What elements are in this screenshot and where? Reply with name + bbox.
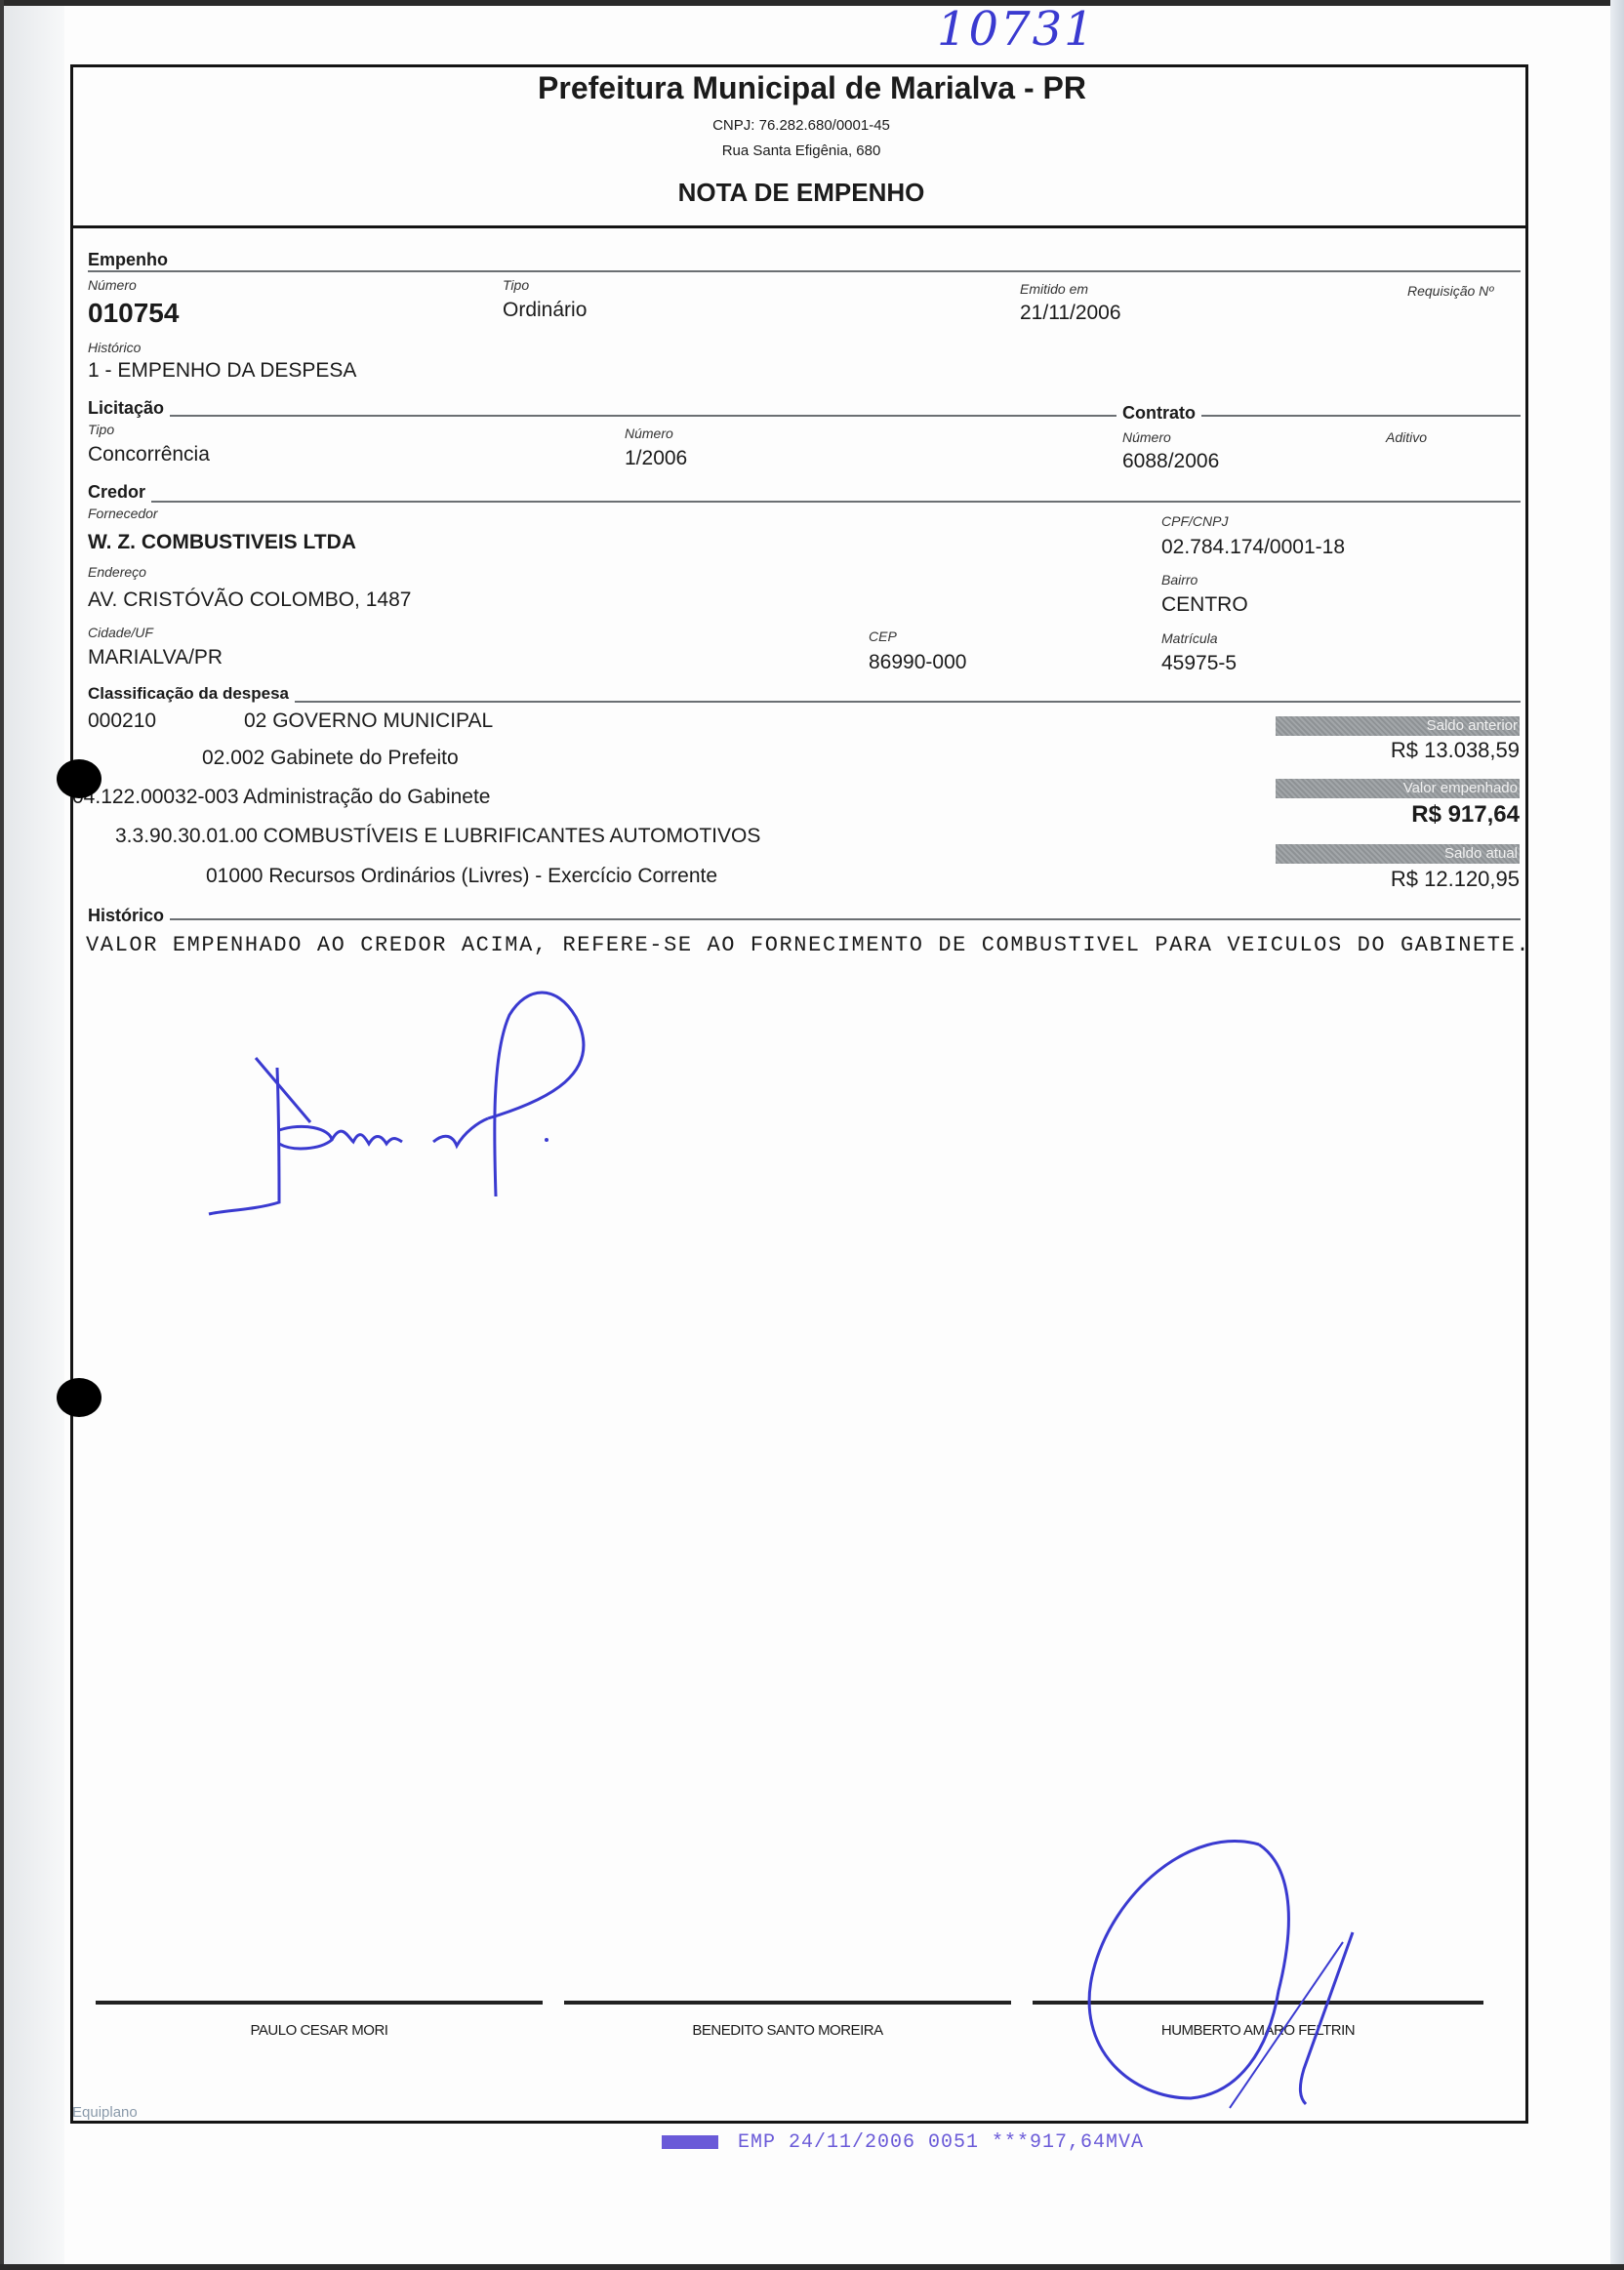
signatory-name: BENEDITO SANTO MOREIRA: [564, 2022, 1011, 2039]
credor-cep: 86990-000: [869, 651, 966, 674]
saldo-anterior-label: Saldo anterior: [1276, 716, 1520, 736]
saldo-anterior-value: R$ 13.038,59: [1391, 738, 1520, 763]
licitacao-tipo-label: Tipo: [88, 422, 114, 437]
section-rule: [88, 415, 1521, 417]
scan-edge: [1610, 0, 1624, 2270]
tipo-label: Tipo: [503, 277, 529, 293]
emitido-label: Emitido em: [1020, 281, 1088, 297]
section-rule: [88, 270, 1521, 272]
scan-margin: [4, 0, 64, 2270]
valor-empenhado-value: R$ 917,64: [1411, 801, 1520, 829]
licitacao-numero-label: Número: [625, 426, 673, 441]
classificacao-line: 02 GOVERNO MUNICIPAL: [244, 709, 493, 733]
saldo-atual-value: R$ 12.120,95: [1391, 867, 1520, 892]
classificacao-code: 000210: [88, 709, 156, 733]
org-cnpj: CNPJ: 76.282.680/0001-45: [0, 117, 1603, 134]
contrato-numero-label: Número: [1122, 429, 1171, 445]
org-name: Prefeitura Municipal de Marialva - PR: [0, 70, 1624, 106]
licitacao-tipo: Concorrência: [88, 443, 210, 466]
handwritten-page-number: 10731: [937, 2, 1096, 57]
empenho-emitido: 21/11/2006: [1020, 302, 1121, 325]
section-rule: [88, 918, 1521, 920]
empenho-tipo: Ordinário: [503, 299, 587, 322]
section-historico: Histórico: [88, 906, 170, 926]
footer-brand: Equiplano: [72, 2104, 138, 2121]
classificacao-line: 04.122.00032-003 Administração do Gabine…: [72, 786, 490, 809]
signatory-name: PAULO CESAR MORI: [96, 2022, 543, 2039]
punch-hole: [57, 759, 101, 798]
scan-edge: [0, 2264, 1624, 2270]
section-rule: [88, 701, 1521, 703]
aditivo-label: Aditivo: [1386, 429, 1427, 445]
empenho-historico: 1 - EMPENHO DA DESPESA: [88, 359, 356, 383]
punch-hole: [57, 1378, 101, 1417]
historico-label: Histórico: [88, 340, 141, 355]
stamp-logo-icon: [662, 2135, 718, 2149]
cpf-cnpj-label: CPF/CNPJ: [1161, 513, 1228, 529]
org-address: Rua Santa Efigênia, 680: [0, 142, 1603, 159]
credor-cidade: MARIALVA/PR: [88, 646, 223, 669]
section-empenho: Empenho: [88, 250, 174, 270]
licitacao-numero: 1/2006: [625, 447, 687, 470]
section-credor: Credor: [88, 482, 151, 503]
fornecedor-label: Fornecedor: [88, 506, 158, 521]
valor-empenhado-label: Valor empenhado: [1276, 779, 1520, 798]
cidade-label: Cidade/UF: [88, 625, 153, 640]
document-title: NOTA DE EMPENHO: [0, 178, 1603, 208]
mechanical-stamp: EMP 24/11/2006 0051 ***917,64MVA: [662, 2131, 1144, 2154]
signature-loop: [1074, 1815, 1366, 2128]
section-classificacao: Classificação da despesa: [88, 684, 295, 704]
credor-matricula: 45975-5: [1161, 652, 1237, 675]
endereco-label: Endereço: [88, 564, 146, 580]
credor-cpf-cnpj: 02.784.174/0001-18: [1161, 536, 1345, 559]
signature-scribble: [195, 976, 605, 1230]
cep-label: CEP: [869, 628, 897, 644]
credor-endereco: AV. CRISTÓVÃO COLOMBO, 1487: [88, 588, 411, 612]
historico-text: VALOR EMPENHADO AO CREDOR ACIMA, REFERE-…: [86, 933, 1530, 957]
matricula-label: Matrícula: [1161, 630, 1218, 646]
credor-fornecedor: W. Z. COMBUSTIVEIS LTDA: [88, 531, 356, 554]
classificacao-line: 02.002 Gabinete do Prefeito: [202, 747, 459, 770]
classificacao-line: 3.3.90.30.01.00 COMBUSTÍVEIS E LUBRIFICA…: [115, 825, 760, 848]
classificacao-line: 01000 Recursos Ordinários (Livres) - Exe…: [206, 865, 717, 888]
scan-edge: [0, 0, 4, 2270]
section-contrato: Contrato: [1116, 403, 1201, 424]
section-rule: [88, 501, 1521, 503]
signature-line: [564, 2001, 1011, 2005]
saldo-atual-label: Saldo atual: [1276, 844, 1520, 864]
empenho-numero: 010754: [88, 298, 179, 329]
requisicao-label: Requisição Nº: [1407, 283, 1493, 299]
scan-edge: [0, 0, 1624, 6]
signature-line: [96, 2001, 543, 2005]
stamp-text: EMP 24/11/2006 0051 ***917,64MVA: [738, 2131, 1144, 2154]
numero-label: Número: [88, 277, 137, 293]
bairro-label: Bairro: [1161, 572, 1198, 588]
credor-bairro: CENTRO: [1161, 593, 1248, 617]
contrato-numero: 6088/2006: [1122, 450, 1219, 473]
section-licitacao: Licitação: [88, 398, 170, 419]
